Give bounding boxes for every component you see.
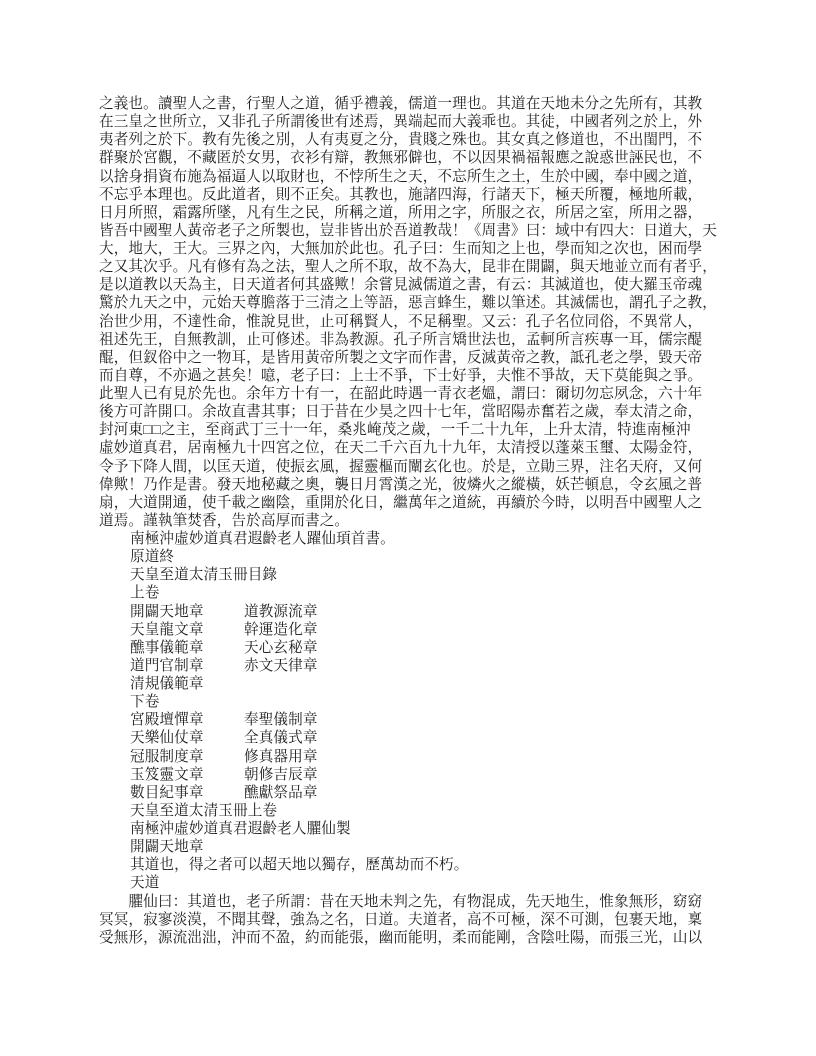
text-line: 受無形，源流泏泏，沖而不盈，約而能張，幽而能明，柔而能剛，含陰吐陽，而張三光，山…	[99, 929, 720, 947]
text-line: 大，地大，王大。三界之內，大無加於此也。孔子曰：生而知之上也，學而知之次也，困而…	[99, 240, 720, 258]
text-line: 驚於九天之中，元始天尊膽落于三清之上等語，惡言蜂生，難以筆述。其滅儒也，謂孔子之…	[99, 294, 720, 312]
toc-row: 數目紀事章醮獻祭品章	[99, 784, 720, 802]
toc-row: 天樂仙仗章全真儀式章	[99, 729, 720, 747]
toc-row: 清規儀範章	[99, 675, 720, 693]
text-line: 不忘乎本理也。反此道者，則不正矣。其教也，施諸四海，行諸天下，極天所覆，極地所載…	[99, 186, 720, 204]
text-line: 以捨身捐資布施為福逼人以取財也，不悖所生之天，不忘所生之土，生於中國，奉中國之道…	[99, 168, 720, 186]
toc-row: 冠服制度章修真器用章	[99, 748, 720, 766]
chapter-title-left: 開闢天地章	[130, 603, 244, 621]
text-line: 令予下降人間，以匡天道，使振玄風，握靈樞而闡玄化也。於是，立勛三界，注名天府，又…	[99, 458, 720, 476]
toc-row: 開闢天地章道教源流章	[99, 603, 720, 621]
text-line: 偉歟！乃作是書。發天地秘藏之奧，襲日月霄漢之光，彼燐火之縱橫，妖芒頓息，令玄風之…	[99, 476, 720, 494]
text-line: 群聚於宮觀，不藏匿於女男，衣衫有辯，教無邪僻也，不以因果禍福報應之說惑世誣民也，…	[99, 149, 720, 167]
text-line: 醌，但釵俗中之一物耳，是皆用黃帝所製之文字而作書，反滅黃帝之教，詆孔老之學，毀天…	[99, 349, 720, 367]
chapter-title-left: 清規儀範章	[130, 675, 244, 693]
text-line: 扇，大道開通，使千載之幽陰，重開於化日，繼萬年之道統，再續於今時，以明吾中國聖人…	[99, 494, 720, 512]
text-line: 之又其次乎。凡有修有為之法，聖人之所不取，故不為大，昆非在開闢，與天地並立而有者…	[99, 258, 720, 276]
toc-row: 天皇龍文章幹運造化章	[99, 621, 720, 639]
chapter-title-right: 赤文天律章	[244, 657, 318, 675]
text-line: 此聖人已有見於先也。余年方十有一，在韶此時遇一青衣老媼，謂曰：爾切勿忘夙念，六十…	[99, 385, 720, 403]
toc-row: 宮殿壇憚章奉聖儀制章	[99, 711, 720, 729]
text-line: 在三皇之世所立，又非孔子所謂後世有述焉，異端起而大義乖也。其徒，中國者列之於上，…	[99, 113, 720, 131]
text-line: 臞仙曰：其道也，老子所謂：昔在天地未判之先，有物混成，先天地生，惟象無形，窈窈	[99, 893, 720, 911]
chapter-title-right: 道教源流章	[244, 603, 318, 621]
chapter-title-left: 天樂仙仗章	[130, 729, 244, 747]
text-line: 天皇至道太清玉冊目錄	[99, 566, 720, 584]
chapter-title-left: 玉笈靈文章	[130, 766, 244, 784]
chapter-title-left: 數目紀事章	[130, 784, 244, 802]
text-line: 其道也，得之者可以超天地以獨存，歷萬劫而不朽。	[99, 856, 720, 874]
document-page: 之義也。讀聖人之書，行聖人之道，循乎禮義，儒道一理也。其道在天地未分之先所有，其…	[0, 0, 816, 1056]
text-line: 而自尊，不亦過之甚矣！噫，老子曰：上士不爭，下士好爭，夫惟不爭故，天下莫能與之爭…	[99, 367, 720, 385]
text-line: 開闢天地章	[99, 838, 720, 856]
text-line: 原道終	[99, 548, 720, 566]
text-line: 封河東□□之主，至商武丁三十一年，桑兆崦茂之歲，一千二十九年，上升太清，特進南極…	[99, 421, 720, 439]
text-line: 日月所照，霜露所墜，凡有生之民，所稱之道，所用之字，所服之衣，所居之室，所用之器…	[99, 204, 720, 222]
chapter-title-left: 冠服制度章	[130, 748, 244, 766]
text-line: 道焉。謹執筆焚香，告於高厚而書之。	[99, 512, 720, 530]
chapter-title-right: 朝修吉辰章	[244, 766, 318, 784]
text-line: 上卷	[99, 584, 720, 602]
text-line: 皆吾中國聖人黃帝老子之所製也，豈非皆出於吾道教哉！《周書》曰：域中有四大：日道大…	[99, 222, 720, 240]
text-block: 之義也。讀聖人之書，行聖人之道，循乎禮義，儒道一理也。其道在天地未分之先所有，其…	[99, 95, 720, 947]
text-line: 夷者列之於下。教有先後之別，人有夷夏之分，貴賤之殊也。其女真之修道也，不出閨門，…	[99, 131, 720, 149]
text-line: 南極沖虛妙道真君遐齡老人臞仙製	[99, 820, 720, 838]
chapter-title-right: 修真器用章	[244, 748, 318, 766]
text-line: 虛妙道真君，居南極九十四宮之位，在天二千六百九十九年，太清授以蓬萊玉璽、太陽金符…	[99, 439, 720, 457]
chapter-title-left: 醮事儀範章	[130, 639, 244, 657]
chapter-title-left: 天皇龍文章	[130, 621, 244, 639]
toc-row: 醮事儀範章天心玄秘章	[99, 639, 720, 657]
text-line: 南極沖虛妙道真君遐齡老人躍仙頊首書。	[99, 530, 720, 548]
toc-row: 玉笈靈文章朝修吉辰章	[99, 766, 720, 784]
toc-row: 道門官制章赤文天律章	[99, 657, 720, 675]
text-line: 治世少用，不達性命，惟說見世，止可稱賢人，不足稱聖。又云：孔子名位同俗，不異常人…	[99, 313, 720, 331]
chapter-title-right: 幹運造化章	[244, 621, 318, 639]
text-line: 冥冥，寂寥淡漠，不聞其聲，強為之名，日道。夫道者，高不可極，深不可測，包裹天地，…	[99, 911, 720, 929]
chapter-title-right: 奉聖儀制章	[244, 711, 318, 729]
text-line: 之義也。讀聖人之書，行聖人之道，循乎禮義，儒道一理也。其道在天地未分之先所有，其…	[99, 95, 720, 113]
text-line: 下卷	[99, 693, 720, 711]
chapter-title-right: 醮獻祭品章	[244, 784, 318, 802]
chapter-title-right: 全真儀式章	[244, 729, 318, 747]
text-line: 天皇至道太清玉冊上卷	[99, 802, 720, 820]
chapter-title-left: 宮殿壇憚章	[130, 711, 244, 729]
chapter-title-left: 道門官制章	[130, 657, 244, 675]
text-line: 是以道教以天為主，日天道者何其盛歟！余嘗見滅儒道之書，有云：其滅道也，使大羅玉帝…	[99, 276, 720, 294]
text-line: 天道	[99, 874, 720, 892]
text-line: 祖述先王，自無教訓，止可修述。非為教源。孔子所言矯世法也，孟軻所言疾專一耳，儒宗…	[99, 331, 720, 349]
text-line: 後方可許開口。余故直書其事；日于昔在少昊之四十七年，當昭陽赤奮若之歲，奉太清之命…	[99, 403, 720, 421]
chapter-title-right: 天心玄秘章	[244, 639, 318, 657]
